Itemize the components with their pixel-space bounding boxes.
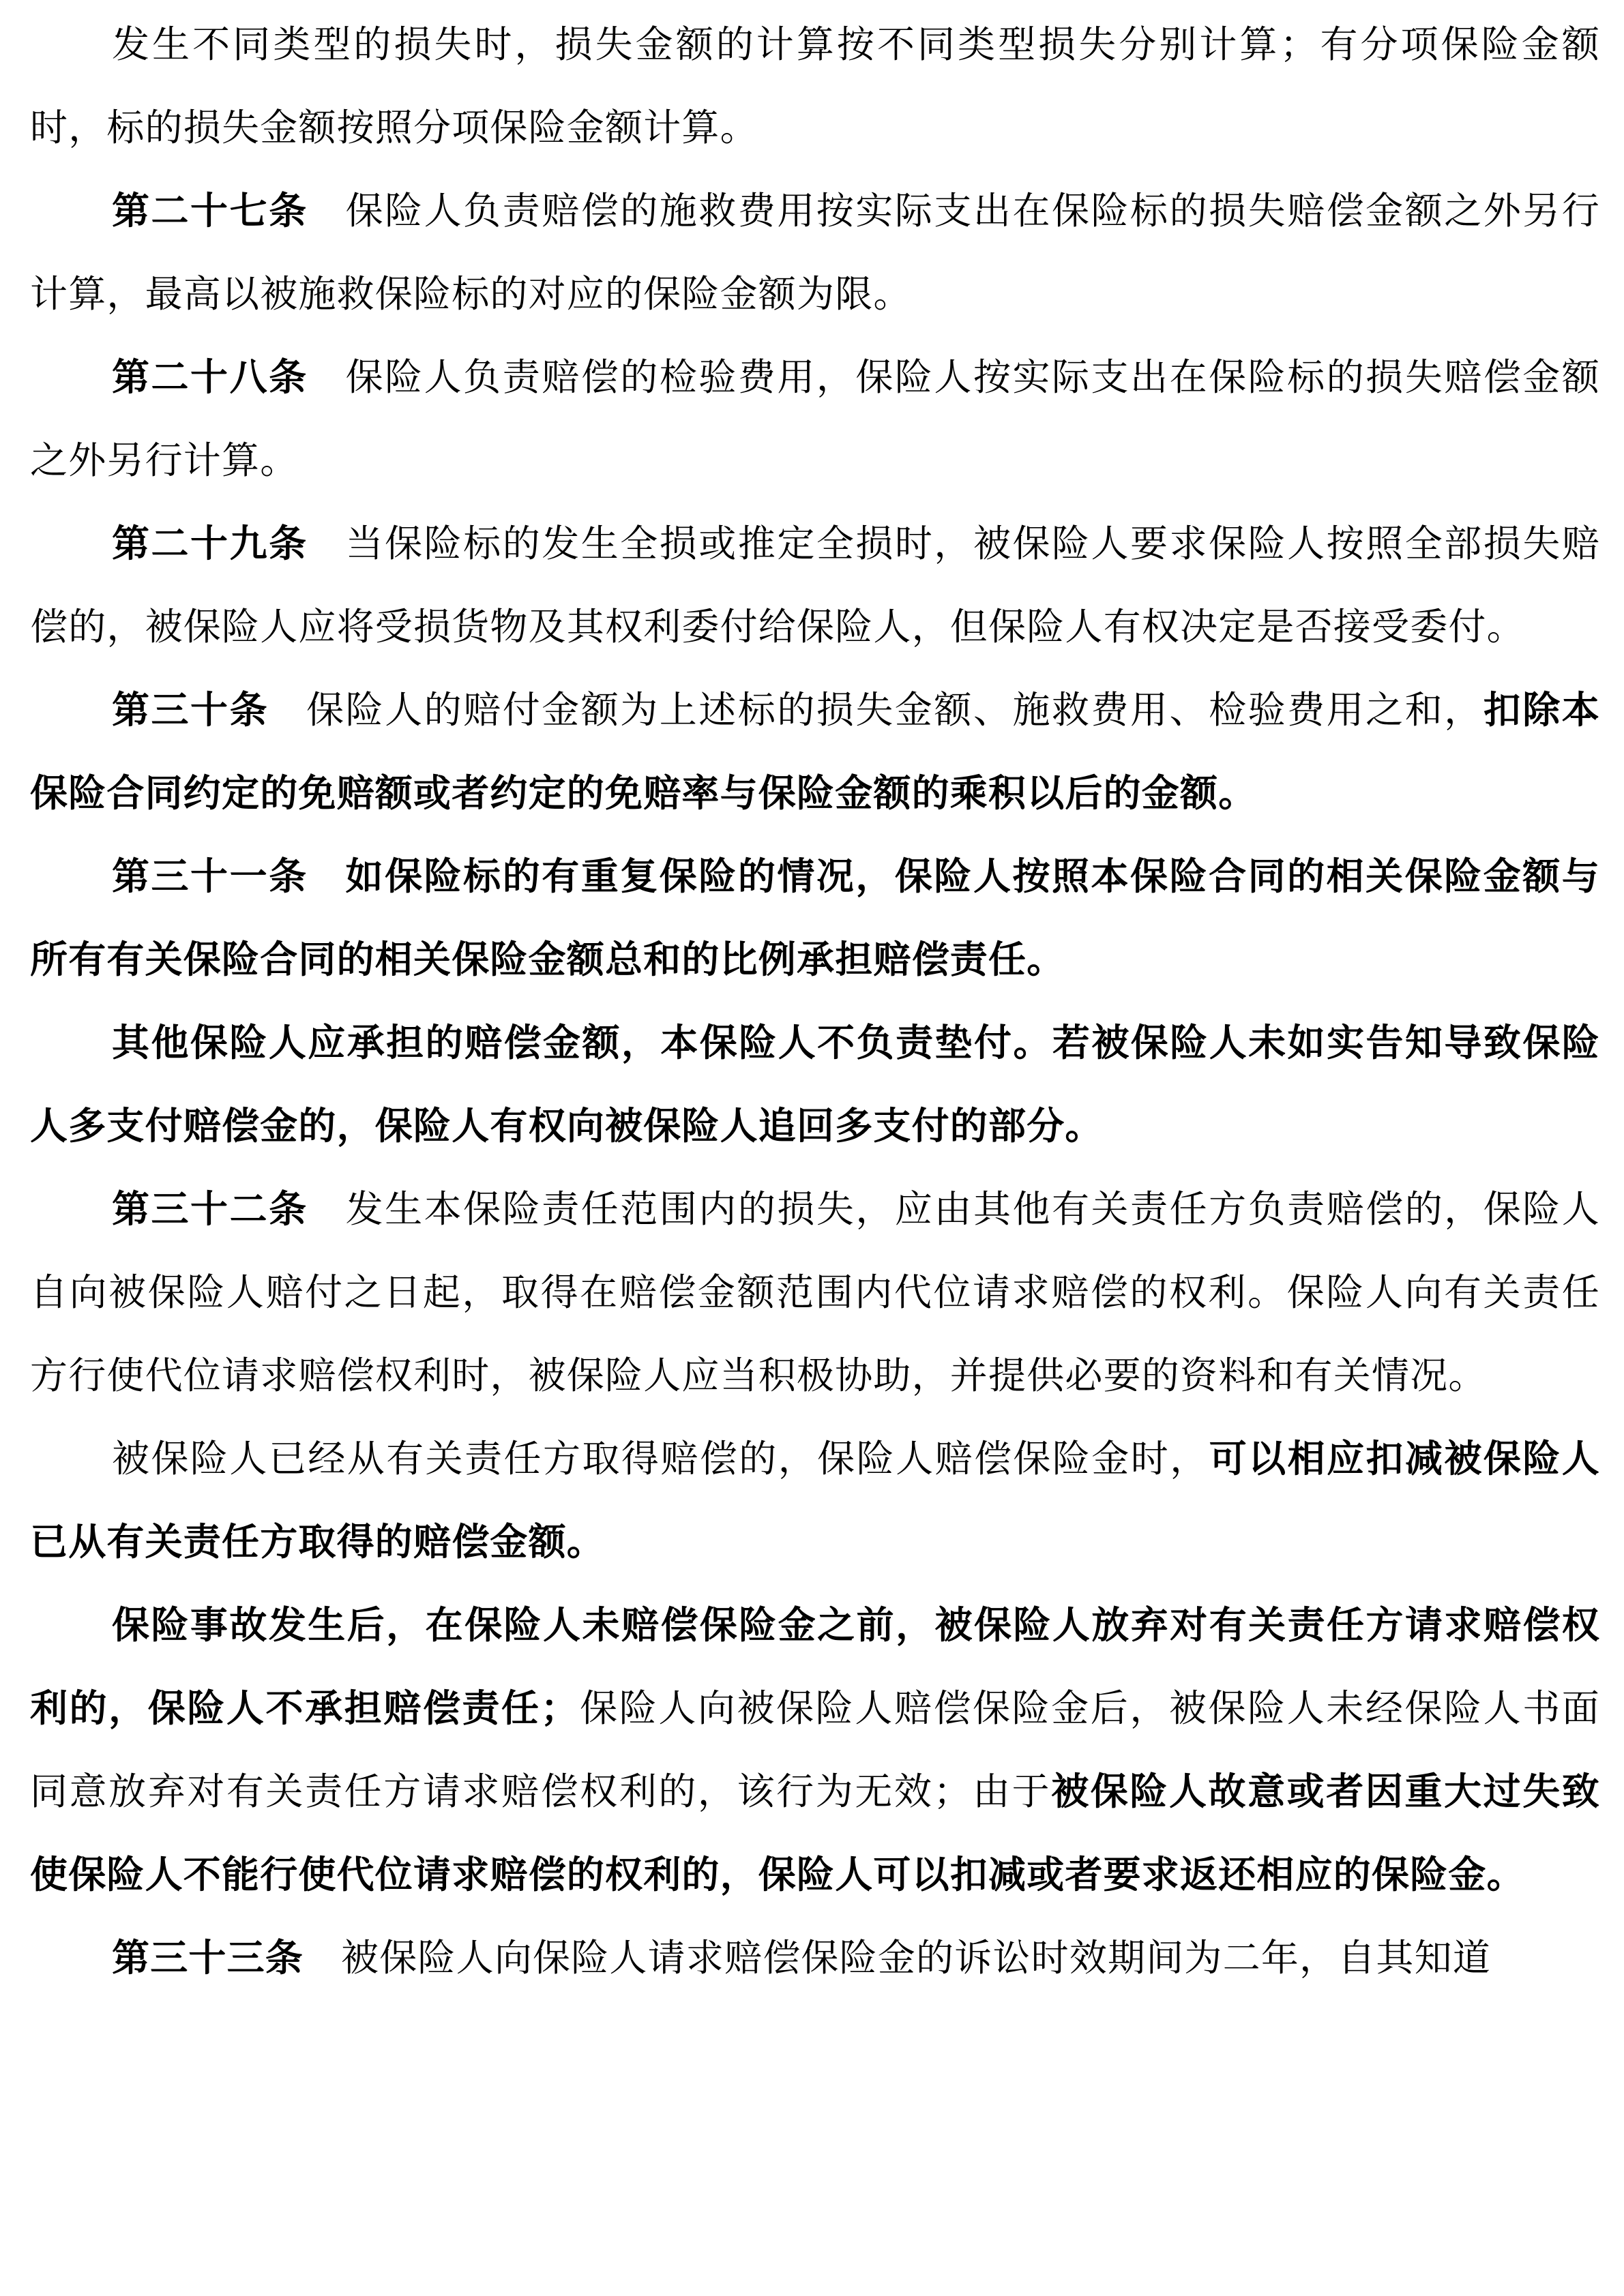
- paragraph-loss-types: 发生不同类型的损失时，损失金额的计算按不同类型损失分别计算；有分项保险金额时，标…: [30, 3, 1600, 169]
- paragraph-article-28: 第二十八条保险人负责赔偿的检验费用，保险人按实际支出在保险标的损失赔偿金额之外另…: [30, 336, 1600, 502]
- article-number: 第三十条: [112, 688, 269, 732]
- paragraph-text: 保险人的赔付金额为上述标的损失金额、施救费用、检验费用之和，: [306, 688, 1483, 732]
- paragraph-article-30: 第三十条保险人的赔付金额为上述标的损失金额、施救费用、检验费用之和，扣除本保险合…: [30, 668, 1600, 835]
- paragraph-article-27: 第二十七条保险人负责赔偿的施救费用按实际支出在保险标的损失赔偿金额之外另行计算，…: [30, 169, 1600, 336]
- article-number: 第二十八条: [112, 355, 308, 399]
- paragraph-waiver-of-rights: 保险事故发生后，在保险人未赔偿保险金之前，被保险人放弃对有关责任方请求赔偿权利的…: [30, 1583, 1600, 1916]
- document-page: 发生不同类型的损失时，损失金额的计算按不同类型损失分别计算；有分项保险金额时，标…: [30, 0, 1600, 1999]
- paragraph-article-29: 第二十九条当保险标的发生全损或推定全损时，被保险人要求保险人按照全部损失赔偿的，…: [30, 502, 1600, 668]
- paragraph-text: 被保险人已经从有关责任方取得赔偿的，保险人赔偿保险金时，: [112, 1437, 1209, 1480]
- article-number: 第三十三条: [112, 1936, 304, 1980]
- paragraph-text: 发生不同类型的损失时，损失金额的计算按不同类型损失分别计算；有分项保险金额时，标…: [30, 23, 1600, 149]
- article-number: 第二十九条: [112, 522, 308, 565]
- paragraph-bold-text: 其他保险人应承担的赔偿金额，本保险人不负责垫付。若被保险人未如实告知导致保险人多…: [30, 1021, 1600, 1148]
- paragraph-article-33: 第三十三条被保险人向保险人请求赔偿保险金的诉讼时效期间为二年，自其知道: [30, 1916, 1600, 1999]
- paragraph-article-31: 第三十一条如保险标的有重复保险的情况，保险人按照本保险合同的相关保险金额与所有有…: [30, 835, 1600, 1001]
- article-number: 第三十一条: [112, 854, 308, 898]
- article-number: 第二十七条: [112, 189, 308, 233]
- article-number: 第三十二条: [112, 1187, 308, 1231]
- paragraph-text: 被保险人向保险人请求赔偿保险金的诉讼时效期间为二年，自其知道: [341, 1936, 1491, 1980]
- paragraph-article-32: 第三十二条发生本保险责任范围内的损失，应由其他有关责任方负责赔偿的，保险人自向被…: [30, 1167, 1600, 1417]
- paragraph-other-insurers: 其他保险人应承担的赔偿金额，本保险人不负责垫付。若被保险人未如实告知导致保险人多…: [30, 1001, 1600, 1167]
- paragraph-compensation-deduction: 被保险人已经从有关责任方取得赔偿的，保险人赔偿保险金时，可以相应扣减被保险人已从…: [30, 1417, 1600, 1583]
